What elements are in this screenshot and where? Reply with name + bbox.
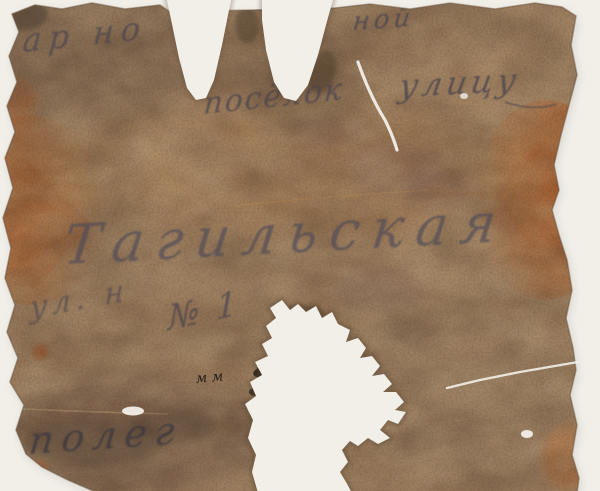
handwriting-char-marks: м м [195, 369, 224, 387]
scanned-document: ар но ной посёлок улицу Тагильская ул. н… [0, 0, 600, 491]
scan-image: ар но ной посёлок улицу Тагильская ул. н… [0, 0, 600, 491]
handwriting-line2-right: улицу [395, 61, 523, 105]
